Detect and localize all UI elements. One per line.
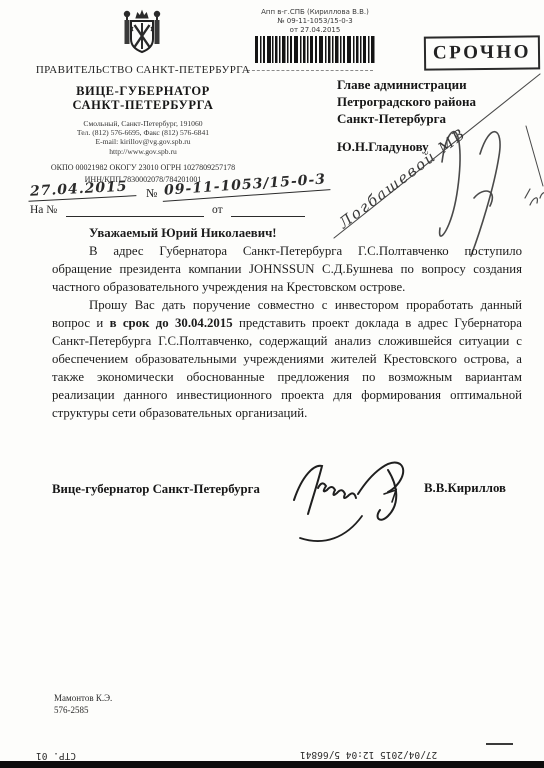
fax-page-label: СТР. 01 xyxy=(36,750,76,761)
registration-label: Апп в-г.СПБ (Кириллова В.В.) № 09-11-105… xyxy=(238,8,392,35)
fax-edge-mark xyxy=(486,743,513,745)
coat-of-arms-icon xyxy=(119,7,165,62)
registration-number: № 09-11-1053/15-0-3 xyxy=(238,17,392,26)
scan-edge-bar xyxy=(0,761,544,768)
registration-office: Апп в-г.СПБ (Кириллова В.В.) xyxy=(238,8,392,17)
fax-timestamp: 27/04/2015 12:04 5/66841 xyxy=(300,749,437,760)
contact-block: Смольный, Санкт-Петербург, 191060 Тел. (… xyxy=(26,119,260,156)
letterhead: ПРАВИТЕЛЬСТВО САНКТ-ПЕТЕРБУРГА ВИЦЕ-ГУБЕ… xyxy=(26,64,260,186)
reply-date-line xyxy=(231,216,305,217)
signer-name: В.В.Кириллов xyxy=(424,481,506,496)
reply-number-line xyxy=(66,216,204,217)
executor-block: Мамонтов К.Э. 576-2585 xyxy=(54,693,112,716)
signature-autograph xyxy=(288,442,428,550)
executor-name: Мамонтов К.Э. xyxy=(54,693,112,705)
email: E-mail: kirillov@vg.gov.spb.ru xyxy=(26,137,260,146)
salutation: Уважаемый Юрий Николаевич! xyxy=(52,224,522,242)
barcode-underline xyxy=(247,70,373,71)
website: http://www.gov.spb.ru xyxy=(26,147,260,156)
paragraph-2-end: представить проект доклада в адрес Губер… xyxy=(52,316,522,420)
paragraph-2: Прошу Вас дать поручение совместно с инв… xyxy=(52,296,522,422)
sender-title: ВИЦЕ-ГУБЕРНАТОР САНКТ-ПЕТЕРБУРГА xyxy=(26,84,260,112)
registration-date: от 27.04.2015 xyxy=(238,26,392,35)
government-name: ПРАВИТЕЛЬСТВО САНКТ-ПЕТЕРБУРГА xyxy=(26,64,260,76)
reply-from-label: от xyxy=(212,204,223,216)
executor-phone: 576-2585 xyxy=(54,705,112,717)
phone-fax: Тел. (812) 576-6695, Факс (812) 576-6841 xyxy=(26,128,260,137)
urgent-stamp-label: СРОЧНО xyxy=(433,41,531,64)
sender-title-line1: ВИЦЕ-ГУБЕРНАТОР xyxy=(26,84,260,98)
barcode xyxy=(255,36,375,63)
addressee-name: Ю.Н.Гладунову xyxy=(337,138,522,155)
paragraph-1: В адрес Губернатора Санкт-Петербурга Г.С… xyxy=(52,242,522,296)
addressee-line3: Санкт-Петербурга xyxy=(337,110,522,127)
addressee-block: Главе администрации Петроградского район… xyxy=(337,76,522,155)
addressee-line1: Главе администрации xyxy=(337,76,522,93)
postal-address: Смольный, Санкт-Петербург, 191060 xyxy=(26,119,260,128)
reply-to-label: На № xyxy=(30,204,57,216)
urgent-stamp: СРОЧНО xyxy=(424,35,540,70)
sender-title-line2: САНКТ-ПЕТЕРБУРГА xyxy=(26,98,260,112)
letter-body: Уважаемый Юрий Николаевич! В адрес Губер… xyxy=(52,224,522,422)
signer-position: Вице-губернатор Санкт-Петербурга xyxy=(52,482,260,497)
addressee-line2: Петроградского района xyxy=(337,93,522,110)
deadline-bold: в срок до 30.04.2015 xyxy=(110,316,233,330)
scanned-letter-page: Апп в-г.СПБ (Кириллова В.В.) № 09-11-105… xyxy=(0,0,544,768)
number-sign: № xyxy=(146,186,157,201)
paragraph-1-text: В адрес Губернатора Санкт-Петербурга Г.С… xyxy=(52,244,522,294)
okpo-line: ОКПО 00021982 ОКОГУ 23010 ОГРН 102780925… xyxy=(26,162,260,174)
